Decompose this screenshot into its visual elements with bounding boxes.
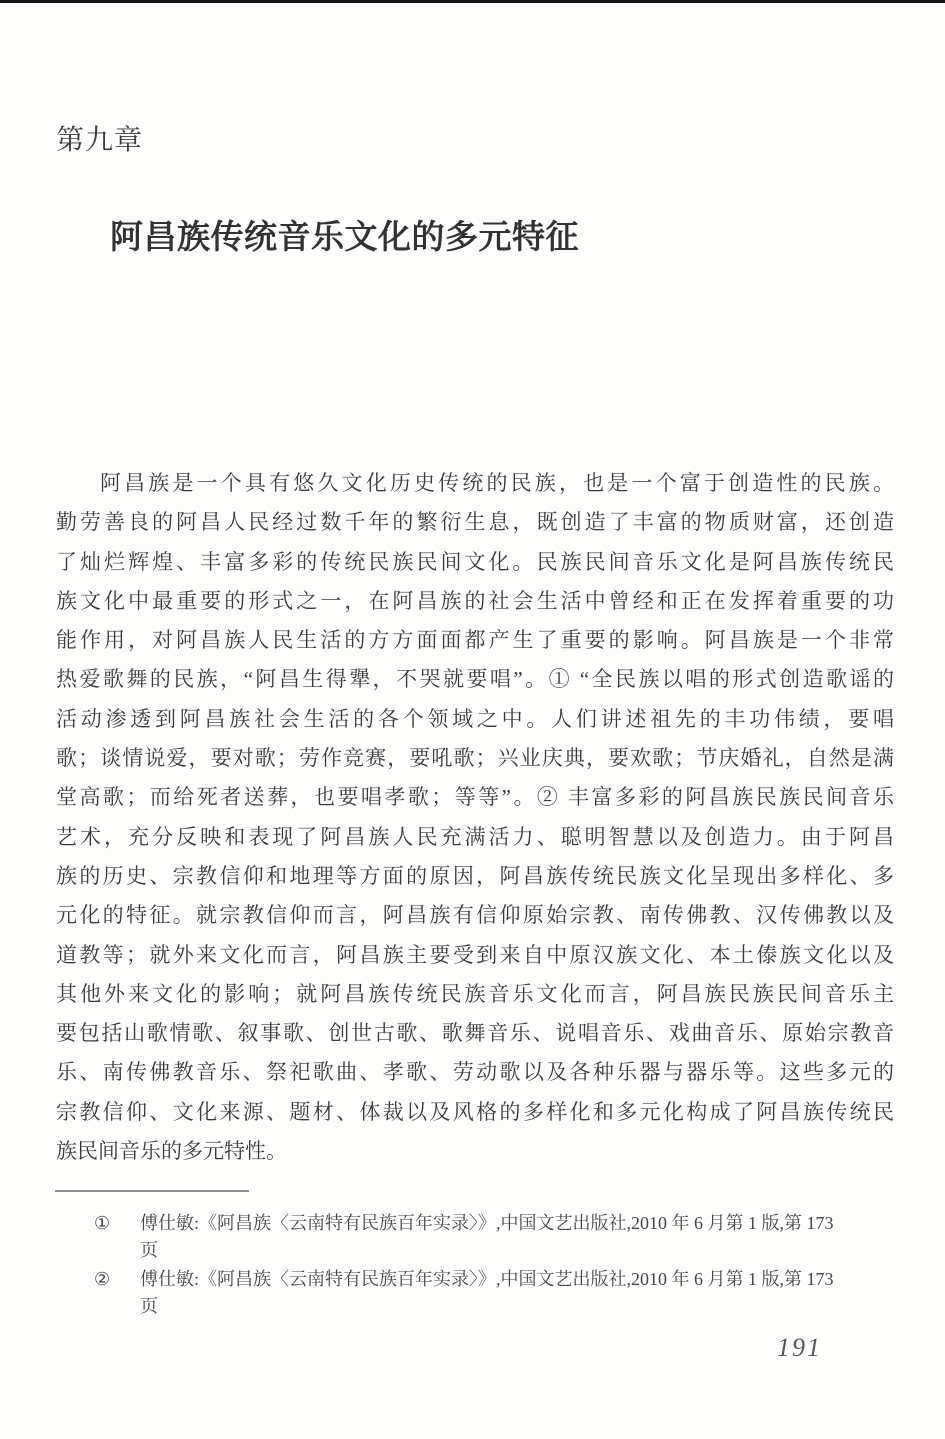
text-line: 堂高歌；而给死者送葬，也要唱孝歌；等等”。② 丰富多彩的阿昌族民族民间音乐 [56,778,894,817]
text-line: 能作用，对阿昌族人民生活的方方面面都产生了重要的影响。阿昌族是一个非常 [56,621,894,660]
text-line: 艺术，充分反映和表现了阿昌族人民充满活力、聪明智慧以及创造力。由于阿昌 [56,818,894,857]
text-line: 乐、南传佛教音乐、祭祀歌曲、孝歌、劳动歌以及各种乐器与器乐等。这些多元的 [56,1053,894,1092]
footnote-text-line: 页 [140,1237,898,1264]
text-line: 族的历史、宗教信仰和地理等方面的原因，阿昌族传统民族文化呈现出多样化、多 [56,857,894,896]
chapter-title: 阿昌族传统音乐文化的多元特征 [110,211,579,258]
footnote-2-text: 傅仕敏:《阿昌族〈云南特有民族百年实录〉》,中国文艺出版社,2010 年 6 月… [140,1266,898,1320]
body-paragraph: 阿昌族是一个具有悠久文化历史传统的民族，也是一个富于创造性的民族。 勤劳善良的阿… [56,464,894,1171]
book-page: 第九章 阿昌族传统音乐文化的多元特征 阿昌族是一个具有悠久文化历史传统的民族，也… [0,0,945,1439]
footnote-1: ① 傅仕敏:《阿昌族〈云南特有民族百年实录〉》,中国文艺出版社,2010 年 6… [56,1210,898,1264]
footnote-text-line: 傅仕敏:《阿昌族〈云南特有民族百年实录〉》,中国文艺出版社,2010 年 6 月… [140,1266,898,1293]
chapter-number: 第九章 [56,118,143,158]
text-line: 要包括山歌情歌、叙事歌、创世古歌、歌舞音乐、说唱音乐、戏曲音乐、原始宗教音 [56,1014,894,1053]
footnote-text-line: 页 [140,1293,898,1320]
text-line: 勤劳善良的阿昌人民经过数千年的繁衍生息，既创造了丰富的物质财富，还创造 [56,503,894,542]
text-line: 热爱歌舞的民族，“阿昌生得犟，不哭就要唱”。① “全民族以唱的形式创造歌谣的 [56,660,894,699]
scan-edge-top [0,0,945,3]
page-number: 191 [777,1333,822,1363]
text-line: 族文化中最重要的形式之一，在阿昌族的社会生活中曾经和正在发挥着重要的功 [56,582,894,621]
text-line: 歌；谈情说爱，要对歌；劳作竞赛，要吼歌；兴业庆典，要欢歌；节庆婚礼，自然是满 [56,739,894,778]
text-line: 元化的特征。就宗教信仰而言，阿昌族有信仰原始宗教、南传佛教、汉传佛教以及 [56,896,894,935]
footnote-2-marker: ② [94,1266,140,1293]
footnote-1-text: 傅仕敏:《阿昌族〈云南特有民族百年实录〉》,中国文艺出版社,2010 年 6 月… [140,1210,898,1264]
text-line: 其他外来文化的影响；就阿昌族传统民族音乐文化而言，阿昌族民族民间音乐主 [56,975,894,1014]
text-line: 了灿烂辉煌、丰富多彩的传统民族民间文化。民族民间音乐文化是阿昌族传统民 [56,543,894,582]
footnote-section: ① 傅仕敏:《阿昌族〈云南特有民族百年实录〉》,中国文艺出版社,2010 年 6… [56,1210,898,1322]
text-line: 道教等；就外来文化而言，阿昌族主要受到来自中原汉族文化、本土傣族文化以及 [56,936,894,975]
text-line: 阿昌族是一个具有悠久文化历史传统的民族，也是一个富于创造性的民族。 [56,464,894,503]
footnote-1-marker: ① [94,1210,140,1237]
text-line: 族民间音乐的多元特性。 [56,1132,894,1171]
text-line: 宗教信仰、文化来源、题材、体裁以及风格的多样化和多元化构成了阿昌族传统民 [56,1093,894,1132]
text-line: 活动渗透到阿昌族社会生活的各个领域之中。人们讲述祖先的丰功伟绩，要唱 [56,700,894,739]
footnote-2: ② 傅仕敏:《阿昌族〈云南特有民族百年实录〉》,中国文艺出版社,2010 年 6… [56,1266,898,1320]
footnote-text-line: 傅仕敏:《阿昌族〈云南特有民族百年实录〉》,中国文艺出版社,2010 年 6 月… [140,1210,898,1237]
footnote-divider [55,1190,249,1192]
